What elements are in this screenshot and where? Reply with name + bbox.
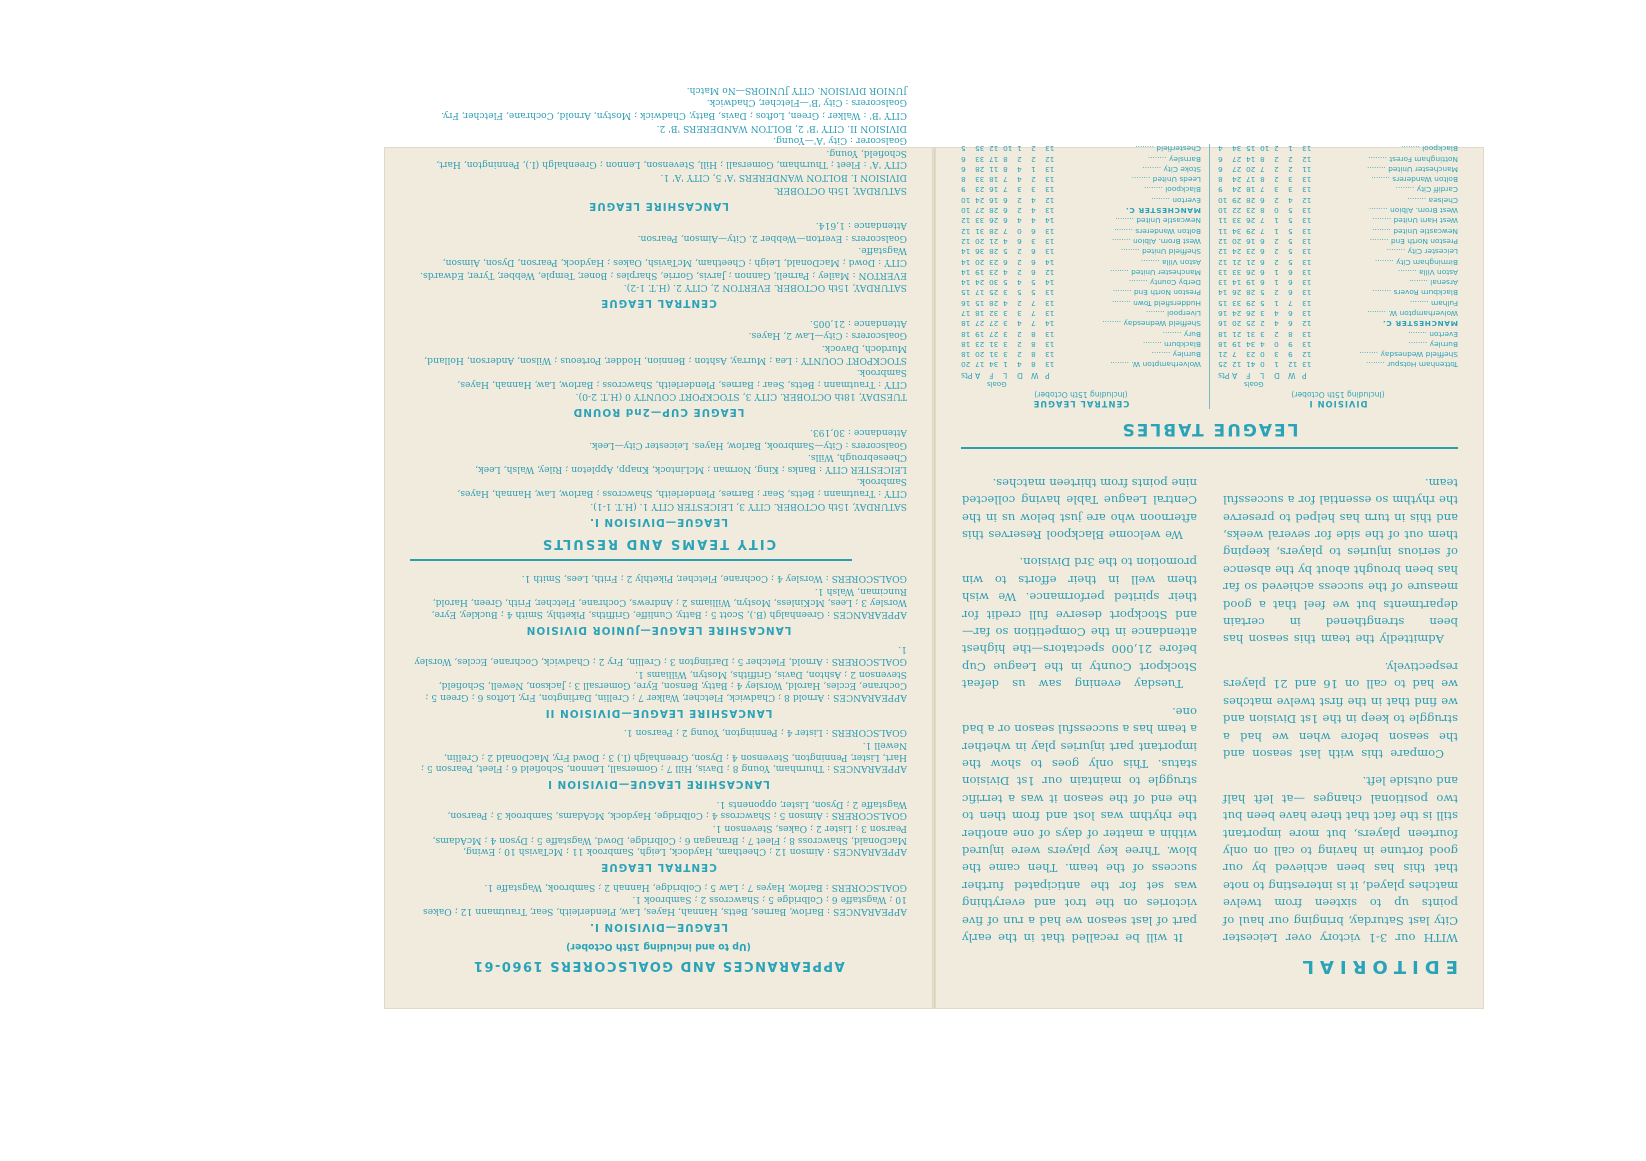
stat-cell: 2	[1274, 236, 1288, 246]
results-section-line: Goalscorers : City—Sambrook, Barlow, Hay…	[410, 439, 907, 451]
stat-cell: 8	[1031, 360, 1045, 370]
stat-cell: 13	[1045, 144, 1059, 154]
appearances-section-line: APPEARANCES : Greenhalgh (B.), Scott 5 ;…	[410, 585, 907, 620]
team-name: Everton ........	[1316, 329, 1458, 339]
stat-cell: 4	[1017, 319, 1031, 329]
stat-cell: 7	[1260, 185, 1274, 195]
stat-cell: 6	[961, 154, 975, 164]
league-tables-title: LEAGUE TABLES	[961, 419, 1458, 439]
stat-cell: 3	[1003, 288, 1017, 298]
stat-cell: 13	[1302, 205, 1316, 215]
stat-cell: 14	[1045, 277, 1059, 287]
table-row: Huddersfield Town ........13724281516	[961, 298, 1201, 308]
table-row: Sheffield Wednesday ........14743272718	[961, 319, 1201, 329]
stat-cell: 2	[1274, 175, 1288, 185]
stat-cell: 21	[989, 236, 1003, 246]
appearances-section-line: GOALSCORERS : Aimson 5 ; Shawcross 4 ; C…	[410, 798, 907, 821]
stat-cell: 2	[1017, 247, 1031, 257]
stat-cell: 8	[1288, 329, 1302, 339]
table-row: Sheffield United ........13625283614	[961, 247, 1201, 257]
stat-cell: 20	[1232, 236, 1246, 246]
stat-cell: 2	[1017, 267, 1031, 277]
stat-cell: 14	[961, 257, 975, 267]
stat-cell: 5	[1288, 205, 1302, 215]
stat-cell: 15	[961, 288, 975, 298]
stat-cell: 18	[961, 319, 975, 329]
table-row: Sheffield Wednesday ........1293023721	[1218, 350, 1458, 360]
stat-cell: 11	[1218, 226, 1232, 236]
team-name: Blackburn Rovers ........	[1316, 288, 1458, 298]
goals-label: Goals	[1218, 380, 1458, 388]
stat-cell: 9	[1218, 185, 1232, 195]
table-row: Bolton Wanderers ........1332817248	[1218, 175, 1458, 185]
stat-cell: 13	[1302, 277, 1316, 287]
central-league-table: CENTRAL LEAGUE (Including 15th October) …	[961, 144, 1210, 410]
stat-cell: 18	[989, 175, 1003, 185]
table-row: Chelsea ........12426282910	[1218, 195, 1458, 205]
stat-cell: 14	[1045, 216, 1059, 226]
stat-cell: 5	[1288, 257, 1302, 267]
stat-cell: 0	[1260, 350, 1274, 360]
results-section-line: Goalscorers : City—Law 2, Hayes.	[410, 330, 907, 342]
stat-cell: 36	[975, 247, 989, 257]
stat-cell: 3	[1017, 308, 1031, 318]
team-name: Sheffield Wednesday ........	[1059, 319, 1201, 329]
table-row: Arsenal ........13616191413	[1218, 277, 1458, 287]
appearances-subtitle: (Up to and including 15th October)	[410, 941, 907, 952]
stat-cell: 1	[1031, 164, 1045, 174]
stat-cell: 20	[1232, 319, 1246, 329]
stat-cell: 11	[989, 164, 1003, 174]
results-section-line: STOCKPORT COUNTY : Lea ; Murray, Ashton …	[410, 342, 907, 365]
team-name: Burnley ........	[1316, 339, 1458, 349]
appearances-section-line: GOALSCORERS : Worsley 4 ; Cochrane, Flet…	[410, 573, 907, 585]
team-name: Cardiff City ........	[1316, 185, 1458, 195]
stat-cell: 31	[989, 350, 1003, 360]
results-section-heading: LEAGUE CUP—2nd ROUND	[410, 406, 907, 418]
table-row: Leicester City ........13526232412	[1218, 247, 1458, 257]
stat-cell: 3	[1288, 175, 1302, 185]
stat-cell: 7	[1260, 164, 1274, 174]
stat-cell: 6	[1260, 267, 1274, 277]
stat-cell: 26	[1232, 288, 1246, 298]
team-name: Chesterfield ........	[1059, 144, 1201, 154]
stat-cell: 2	[1031, 175, 1045, 185]
table-row: Burnley ........13823312018	[961, 350, 1201, 360]
table-row: Manchester United ........12624231914	[961, 267, 1201, 277]
stat-cell: 7	[1232, 350, 1246, 360]
stat-cell: 13	[1302, 360, 1316, 370]
table-row: Stoke City ........1314811286	[961, 164, 1201, 174]
team-name: Preston North End ........	[1316, 236, 1458, 246]
stat-cell: 3	[1274, 185, 1288, 195]
stat-cell: 2	[1017, 154, 1031, 164]
stat-cell: 29	[1232, 195, 1246, 205]
stat-cell: 14	[961, 247, 975, 257]
stat-cell: 13	[1045, 339, 1059, 349]
results-section-line: Attendance : 21,005.	[410, 317, 907, 329]
table-row: Preston North End ........13526162012	[1218, 236, 1458, 246]
stat-cell: 6	[1288, 288, 1302, 298]
column-header: Pts	[961, 370, 975, 380]
stat-cell: 34	[1232, 144, 1246, 154]
stat-cell: 28	[1246, 195, 1260, 205]
team-name: Birmingham City ........	[1316, 257, 1458, 267]
stat-cell: 15	[1246, 144, 1260, 154]
editorial-page: EDITORIAL WITH our 3-1 victory over Leic…	[934, 147, 1484, 1009]
stat-cell: 4	[1031, 216, 1045, 226]
column-header: F	[1246, 370, 1260, 380]
stat-cell: 5	[1017, 288, 1031, 298]
stat-cell: 0	[1274, 339, 1288, 349]
stat-cell: 2	[1274, 164, 1288, 174]
stat-cell: 10	[1218, 205, 1232, 215]
editorial-paragraph: Admittedly the team this season has been…	[1223, 473, 1458, 647]
column-header: P	[1302, 370, 1316, 380]
results-section-line: Goalscorers : City 'B'—Fletcher, Chadwic…	[410, 97, 907, 109]
team-name: Burnley ........	[1059, 350, 1201, 360]
table-row: Burnley ........13904341918	[1218, 339, 1458, 349]
team-name: Sheffield Wednesday ........	[1316, 350, 1458, 360]
appearances-section-line: APPEARANCES : Aimson 12 ; Cheetham, Hayd…	[410, 822, 907, 857]
team-name: Bolton Wanderers ........	[1059, 226, 1201, 236]
stat-cell: 3	[1288, 185, 1302, 195]
appearances-section-line: APPEARANCES : Barlow, Barnes, Betts, Han…	[410, 894, 907, 917]
stat-cell: 8	[1031, 339, 1045, 349]
results-section-line: SATURDAY, 15th OCTOBER. EVERTON 2, CITY …	[410, 282, 907, 294]
stat-cell: 1	[1274, 216, 1288, 226]
stat-cell: 33	[1232, 298, 1246, 308]
column-header: W	[1288, 370, 1302, 380]
stat-cell: 13	[1045, 298, 1059, 308]
stat-cell: 6	[1260, 277, 1274, 287]
column-header: A	[1232, 370, 1246, 380]
stat-cell: 8	[961, 175, 975, 185]
goals-label: Goals	[961, 380, 1201, 388]
results-section-heading: CENTRAL LEAGUE	[410, 297, 907, 309]
stat-cell: 3	[1260, 308, 1274, 318]
stat-cell: 33	[1232, 216, 1246, 226]
stat-cell: 4	[1017, 164, 1031, 174]
results-section-line: SATURDAY, 15th OCTOBER. CITY 3, LEICESTE…	[410, 500, 907, 512]
team-column-header	[1059, 370, 1201, 380]
stat-cell: 7	[1003, 185, 1017, 195]
stat-cell: 12	[989, 144, 1003, 154]
stat-cell: 0	[1274, 205, 1288, 215]
stat-cell: 12	[1218, 247, 1232, 257]
stat-cell: 19	[1232, 339, 1246, 349]
editorial-paragraph: WITH our 3-1 victory over Leicester City…	[1223, 772, 1458, 946]
stat-cell: 7	[1003, 226, 1017, 236]
stat-cell: 5	[1260, 288, 1274, 298]
appearances-section-heading: CENTRAL LEAGUE	[410, 861, 907, 873]
stat-cell: 8	[1260, 175, 1274, 185]
stat-cell: 30	[989, 277, 1003, 287]
appearances-sections: LEAGUE—DIVISION I.APPEARANCES : Barlow, …	[410, 573, 907, 933]
stat-cell: 13	[1045, 360, 1059, 370]
stat-cell: 8	[1218, 175, 1232, 185]
stat-cell: 19	[975, 267, 989, 277]
stat-cell: 10	[1218, 195, 1232, 205]
column-header: W	[1031, 370, 1045, 380]
stat-cell: 4	[1003, 236, 1017, 246]
stat-cell: 15	[975, 298, 989, 308]
stat-cell: 16	[1246, 236, 1260, 246]
team-name: Manchester United ........	[1316, 164, 1458, 174]
stat-cell: 26	[989, 216, 1003, 226]
stat-cell: 21	[1246, 257, 1260, 267]
stat-cell: 7	[1288, 298, 1302, 308]
stat-cell: 6	[1288, 319, 1302, 329]
table-row: Leeds United ........1324718338	[961, 175, 1201, 185]
stat-cell: 27	[989, 329, 1003, 339]
stat-cell: 31	[975, 226, 989, 236]
table-row: Everton ........12426162410	[961, 195, 1201, 205]
table-row: Nottingham Forest ........1222814276	[1218, 154, 1458, 164]
table-row: Derby County ........14545302414	[961, 277, 1201, 287]
stat-cell: 18	[1246, 185, 1260, 195]
results-section-line: CITY : Trautmann ; Betts, Sear ; Barnes,…	[410, 476, 907, 499]
stat-cell: 3	[1274, 350, 1288, 360]
team-name: West Brom. Albion ........	[1059, 236, 1201, 246]
stat-cell: 18	[1218, 339, 1232, 349]
table-row: Cardiff City ........1333718249	[1218, 185, 1458, 195]
stat-cell: 33	[975, 175, 989, 185]
stat-cell: 33	[1232, 267, 1246, 277]
stat-cell: 15	[1218, 298, 1232, 308]
appearances-section-line: GOALSCORERS : Barlow, Hayes 7 ; Law 5 ; …	[410, 881, 907, 893]
stat-cell: 6	[961, 164, 975, 174]
stat-cell: 27	[975, 319, 989, 329]
stat-cell: 13	[1045, 175, 1059, 185]
stat-cell: 28	[989, 298, 1003, 308]
editorial-paragraph: It will be recalled that in the early pa…	[962, 702, 1197, 946]
stat-cell: 5	[1288, 236, 1302, 246]
stat-cell: 10	[961, 205, 975, 215]
stat-cell: 23	[1246, 205, 1260, 215]
appearances-section-line: APPEARANCES : Arnold 8 ; Chadwick, Fletc…	[410, 668, 907, 703]
stat-cell: 2	[1031, 154, 1045, 164]
stat-cell: 5	[1031, 288, 1045, 298]
stat-cell: 13	[1045, 308, 1059, 318]
stat-cell: 11	[1218, 216, 1232, 226]
stat-cell: 6	[1218, 164, 1232, 174]
stat-cell: 14	[961, 277, 975, 287]
stat-cell: 10	[1003, 144, 1017, 154]
stat-cell: 26	[1246, 267, 1260, 277]
results-section-line: JUNIOR DIVISION. CITY JUNIORS—No Match.	[410, 84, 907, 96]
stat-cell: 8	[1031, 350, 1045, 360]
editorial-title: EDITORIAL	[961, 956, 1458, 977]
stat-cell: 12	[1302, 350, 1316, 360]
stat-cell: 12	[961, 236, 975, 246]
results-sections: LEAGUE—DIVISION I.SATURDAY, 15th OCTOBER…	[410, 84, 907, 527]
stat-cell: 28	[975, 164, 989, 174]
programme-sheet: EDITORIAL WITH our 3-1 victory over Leic…	[384, 147, 1484, 1009]
stat-cell: 2	[1274, 195, 1288, 205]
stat-cell: 24	[975, 277, 989, 287]
team-name: Manchester United ........	[1059, 267, 1201, 277]
team-name: Wolverhampton W. ........	[1059, 360, 1201, 370]
table-row: Manchester United ........1122720276	[1218, 164, 1458, 174]
stat-cell: 4	[1218, 144, 1232, 154]
stat-cell: 6	[1003, 205, 1017, 215]
stat-cell: 6	[1031, 247, 1045, 257]
stat-cell: 28	[989, 247, 1003, 257]
stat-cell: 25	[1246, 319, 1260, 329]
results-section-line: CITY 'A' : Fleet ; Thurnham, Gomersall ;…	[410, 147, 907, 170]
stat-cell: 13	[1302, 175, 1316, 185]
stat-cell: 4	[1031, 205, 1045, 215]
stat-cell: 13	[1302, 267, 1316, 277]
stat-cell: 3	[1260, 329, 1274, 339]
stat-cell: 12	[1232, 360, 1246, 370]
stat-cell: 13	[1045, 350, 1059, 360]
stat-cell: 5	[1260, 298, 1274, 308]
stat-cell: 8	[1003, 154, 1017, 164]
team-name: Wolverhampton W. ........	[1316, 308, 1458, 318]
appearances-section-line: GOALSCORERS : Arnold, Fletcher 5 ; Darli…	[410, 644, 907, 667]
stat-cell: 13	[1045, 205, 1059, 215]
stat-cell: 23	[989, 257, 1003, 267]
table-row: Blackpool ........13121015344	[1218, 144, 1458, 154]
column-header: P	[1045, 370, 1059, 380]
stat-cell: 1	[1274, 226, 1288, 236]
stat-cell: 29	[1246, 298, 1260, 308]
stat-cell: 5	[1288, 247, 1302, 257]
stat-cell: 14	[961, 267, 975, 277]
column-header: D	[1017, 370, 1031, 380]
stat-cell: 10	[1260, 144, 1274, 154]
appearances-section-heading: LANCASHIRE LEAGUE—JUNIOR DIVISION	[410, 624, 907, 636]
division1-subheading: (Including 15th October)	[1218, 390, 1458, 399]
results-section-line: TUESDAY, 18th OCTOBER. CITY 3, STOCKPORT…	[410, 391, 907, 403]
results-section-line: EVERTON : Mailey ; Parnell, Gannon ; Jar…	[410, 269, 907, 281]
stat-cell: 23	[989, 267, 1003, 277]
stat-cell: 24	[1232, 175, 1246, 185]
table-row: Chesterfield ........13211012355	[961, 144, 1201, 154]
stat-cell: 16	[1218, 319, 1232, 329]
stat-cell: 2	[1017, 350, 1031, 360]
stat-cell: 16	[961, 298, 975, 308]
results-section-line: DIVISION II. CITY 'B' 2, BOLTON WANDERER…	[410, 122, 907, 134]
stat-cell: 5	[1288, 226, 1302, 236]
stat-cell: 27	[1232, 154, 1246, 164]
stat-cell: 6	[1031, 257, 1045, 267]
stat-cell: 31	[1246, 329, 1260, 339]
stat-cell: 24	[975, 195, 989, 205]
stat-cell: 13	[1302, 329, 1316, 339]
table-row: Birmingham City ........13526212112	[1218, 257, 1458, 267]
stat-cell: 6	[1003, 195, 1017, 205]
stat-cell: 34	[1246, 339, 1260, 349]
stat-cell: 7	[1031, 319, 1045, 329]
stat-cell: 1	[1274, 298, 1288, 308]
table-row: Preston North End ........13553251715	[961, 288, 1201, 298]
stat-cell: 6	[1260, 247, 1274, 257]
stat-cell: 6	[1260, 195, 1274, 205]
stat-cell: 12	[1302, 195, 1316, 205]
results-section-line: LEICESTER CITY : Banks ; King, Norman ; …	[410, 452, 907, 475]
stat-cell: 2	[1274, 329, 1288, 339]
column-header: Pts	[1218, 370, 1232, 380]
stat-cell: 4	[1003, 267, 1017, 277]
stat-cell: 19	[1246, 277, 1260, 287]
results-section-line: Attendance : 30,193.	[410, 426, 907, 438]
results-section-line: Goalscorer : City 'A'—Young.	[410, 135, 907, 147]
stat-cell: 4	[1017, 360, 1031, 370]
stat-cell: 6	[1260, 257, 1274, 267]
editorial-column-1: WITH our 3-1 victory over Leicester City…	[1223, 463, 1458, 946]
table-row: Wolverhampton W. ........13643262416	[1218, 308, 1458, 318]
column-header: D	[1274, 370, 1288, 380]
table-row: Blackburn ........13823312318	[961, 339, 1201, 349]
results-section-line: Goalscorers : Everton—Webber 2. City—Aim…	[410, 232, 907, 244]
stat-cell: 35	[975, 144, 989, 154]
stat-cell: 2	[1274, 257, 1288, 267]
results-section-heading: LANCASHIRE LEAGUE	[410, 200, 907, 212]
table-row: Everton ........13823312118	[1218, 329, 1458, 339]
stat-cell: 2	[1031, 144, 1045, 154]
stat-cell: 1	[1017, 144, 1031, 154]
results-section-heading: LEAGUE—DIVISION I.	[410, 516, 907, 528]
stat-cell: 2	[1274, 144, 1288, 154]
team-name: Aston Villa ........	[1059, 257, 1201, 267]
stat-cell: 6	[1031, 267, 1045, 277]
division1-table: DIVISION I (Including 15th October) Goal…	[1218, 144, 1458, 410]
stat-cell: 1	[1274, 267, 1288, 277]
appearances-section-line: APPEARANCES : Thurnham, Young 8 ; Davis,…	[410, 739, 907, 774]
stat-cell: 12	[1045, 195, 1059, 205]
stat-cell: 13	[1045, 185, 1059, 195]
stat-cell: 4	[1274, 319, 1288, 329]
stat-cell: 13	[1218, 277, 1232, 287]
stat-cell: 6	[1288, 308, 1302, 318]
stat-cell: 18	[961, 329, 975, 339]
stat-cell: 3	[1003, 339, 1017, 349]
stat-cell: 1	[1274, 360, 1288, 370]
stat-cell: 2	[1260, 319, 1274, 329]
stat-cell: 17	[989, 154, 1003, 164]
team-name: West Ham United ........	[1316, 216, 1458, 226]
team-name: Stoke City ........	[1059, 164, 1201, 174]
stat-cell: 23	[1246, 350, 1260, 360]
column-header: L	[1260, 370, 1274, 380]
stat-cell: 0	[1017, 226, 1031, 236]
stat-cell: 5	[1003, 247, 1017, 257]
stat-cell: 18	[961, 350, 975, 360]
stat-cell: 31	[989, 339, 1003, 349]
stat-cell: 24	[1232, 185, 1246, 195]
stat-cell: 34	[989, 360, 1003, 370]
stat-cell: 2	[1274, 247, 1288, 257]
stat-cell: 14	[1045, 319, 1059, 329]
editorial-paragraph: We welcome Blackpool Reserves this after…	[962, 473, 1197, 543]
stat-cell: 14	[1045, 257, 1059, 267]
central-subheading: (Including 15th October)	[961, 390, 1201, 399]
stat-cell: 6	[1218, 154, 1232, 164]
stat-cell: 1	[1274, 277, 1288, 287]
stat-cell: 3	[1017, 185, 1031, 195]
stat-cell: 13	[1302, 185, 1316, 195]
stat-cell: 25	[989, 288, 1003, 298]
results-section-line: SATURDAY, 15th OCTOBER.	[410, 184, 907, 196]
stat-cell: 13	[1302, 247, 1316, 257]
stat-cell: 13	[1302, 298, 1316, 308]
appearances-section-heading: LANCASHIRE LEAGUE—DIVISION I	[410, 778, 907, 790]
table-row: Aston Villa ........14626232014	[961, 257, 1201, 267]
stat-cell: 41	[1246, 360, 1260, 370]
